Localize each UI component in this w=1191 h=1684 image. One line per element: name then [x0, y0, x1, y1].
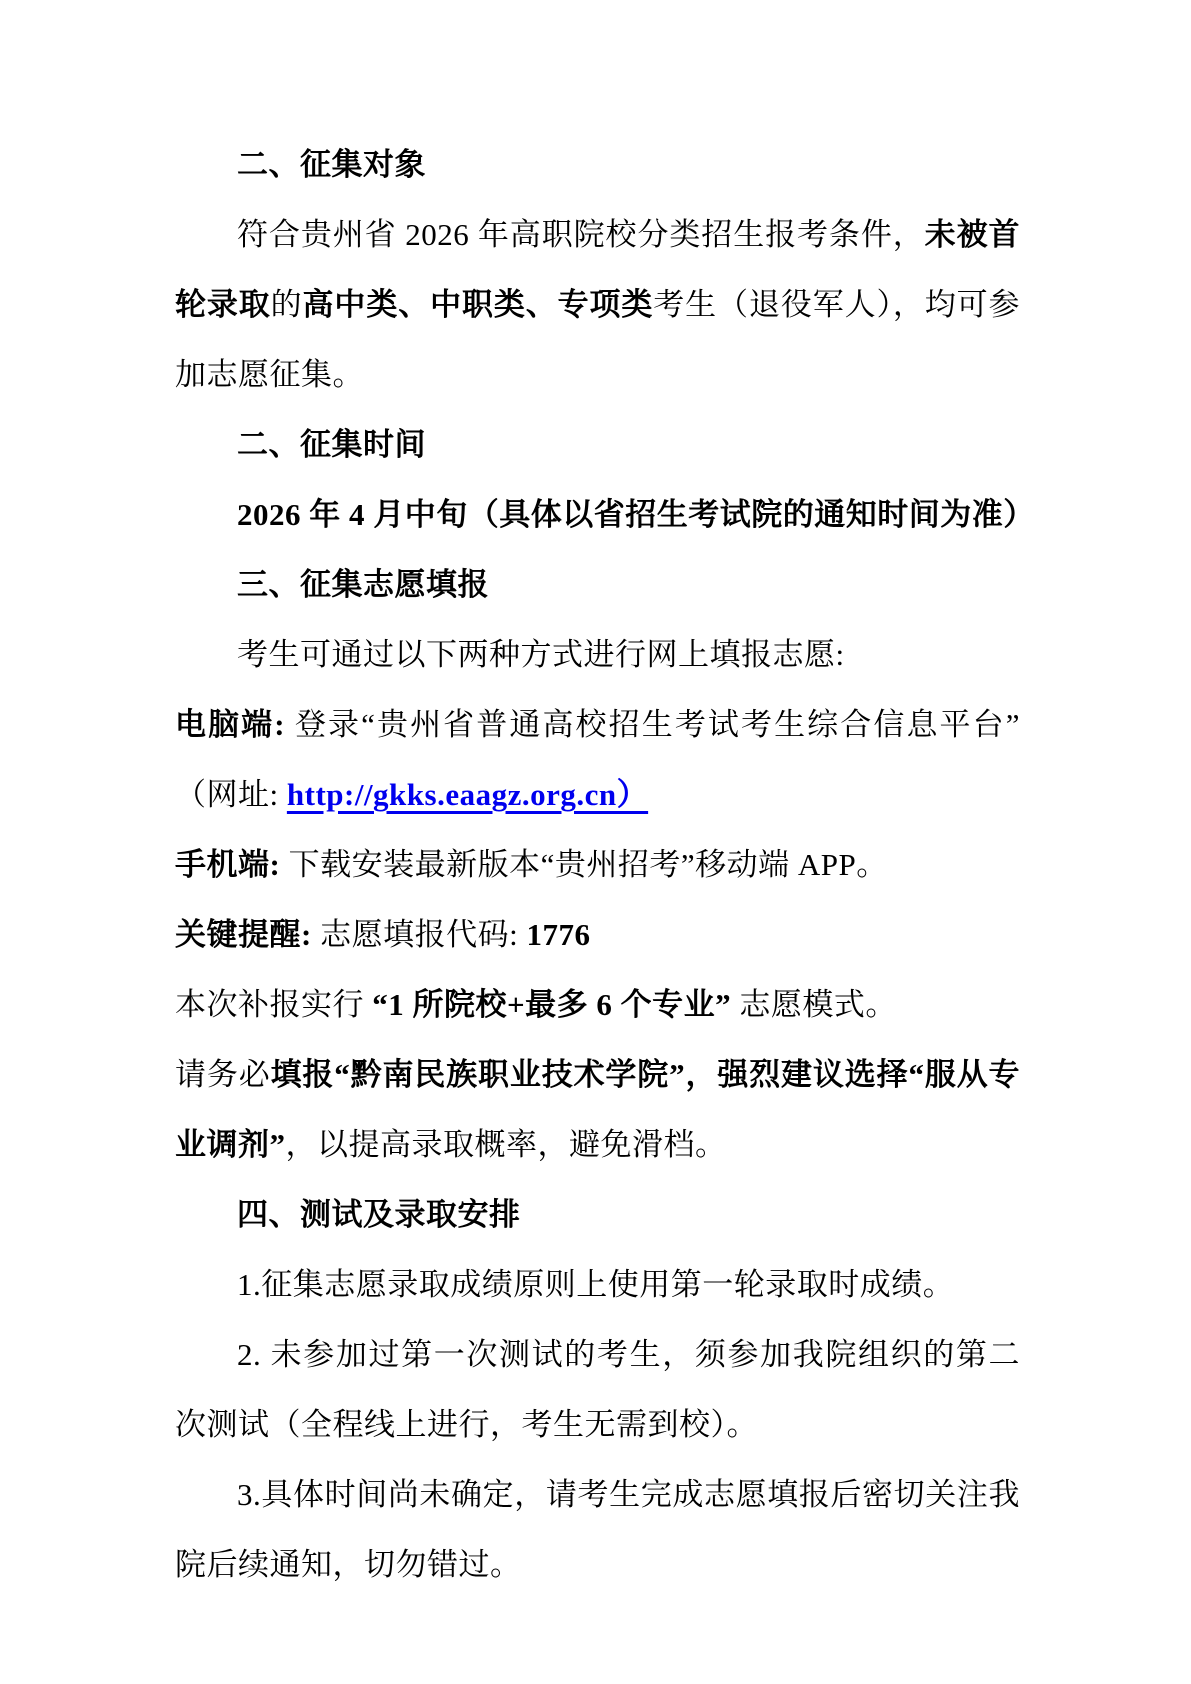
- paragraph-mobile-method: 手机端: 下载安装最新版本“贵州招考”移动端 APP。: [175, 830, 1020, 900]
- heading-test-admission: 四、测试及录取安排: [175, 1180, 1020, 1250]
- mode-bold: “1 所院校+最多 6 个专业”: [372, 987, 731, 1022]
- eligibility-text: 符合贵州省 2026 年高职院校分类招生报考条件，: [237, 217, 925, 252]
- paragraph-test-item-3: 3.具体时间尚未确定，请考生完成志愿填报后密切关注我院后续通知，切勿错过。: [175, 1460, 1020, 1600]
- mode-text: 志愿模式。: [731, 987, 897, 1022]
- heading-volunteer-filling: 三、征集志愿填报: [175, 550, 1020, 620]
- reminder-code: 1776: [526, 917, 590, 952]
- paragraph-methods-intro: 考生可通过以下两种方式进行网上填报志愿:: [175, 620, 1020, 690]
- paragraph-collection-time: 2026 年 4 月中旬（具体以省招生考试院的通知时间为准）: [175, 480, 1020, 550]
- document-page: 二、征集对象 符合贵州省 2026 年高职院校分类招生报考条件，未被首轮录取的高…: [0, 0, 1191, 1684]
- reminder-text: 志愿填报代码:: [312, 917, 527, 952]
- heading-collection-target: 二、征集对象: [175, 130, 1020, 200]
- advice-text: ，以提高录取概率，避免滑档。: [286, 1127, 727, 1162]
- paragraph-key-reminder: 关键提醒: 志愿填报代码: 1776: [175, 900, 1020, 970]
- mode-text: 本次补报实行: [175, 987, 372, 1022]
- heading-collection-time: 二、征集时间: [175, 410, 1020, 480]
- eligibility-text: 的: [271, 287, 303, 322]
- paragraph-advice: 请务必填报“黔南民族职业技术学院”，强烈建议选择“服从专业调剂”，以提高录取概率…: [175, 1040, 1020, 1180]
- reminder-label: 关键提醒:: [175, 917, 312, 952]
- eligibility-bold-categories: 高中类、中职类、专项类: [303, 287, 654, 322]
- paragraph-eligibility: 符合贵州省 2026 年高职院校分类招生报考条件，未被首轮录取的高中类、中职类、…: [175, 200, 1020, 410]
- document-body: 二、征集对象 符合贵州省 2026 年高职院校分类招生报考条件，未被首轮录取的高…: [175, 130, 1020, 1600]
- paragraph-pc-method: 电脑端: 登录“贵州省普通高校招生考试考生综合信息平台”: [175, 690, 1020, 760]
- pc-text: 登录“贵州省普通高校招生考试考生综合信息平台”: [285, 707, 1020, 742]
- advice-text: 请务必: [175, 1057, 271, 1092]
- pc-label: 电脑端:: [175, 707, 285, 742]
- paragraph-test-item-2: 2. 未参加过第一次测试的考生，须参加我院组织的第二次测试（全程线上进行，考生无…: [175, 1320, 1020, 1460]
- portal-link[interactable]: http://gkks.eaagz.org.cn）: [287, 777, 648, 812]
- paragraph-test-item-1: 1.征集志愿录取成绩原则上使用第一轮录取时成绩。: [175, 1250, 1020, 1320]
- paragraph-volunteer-mode: 本次补报实行 “1 所院校+最多 6 个专业” 志愿模式。: [175, 970, 1020, 1040]
- url-prefix: （网址:: [175, 777, 287, 812]
- paragraph-url: （网址: http://gkks.eaagz.org.cn）: [175, 760, 1020, 830]
- mobile-label: 手机端:: [175, 847, 280, 882]
- mobile-text: 下载安装最新版本“贵州招考”移动端 APP。: [280, 847, 887, 882]
